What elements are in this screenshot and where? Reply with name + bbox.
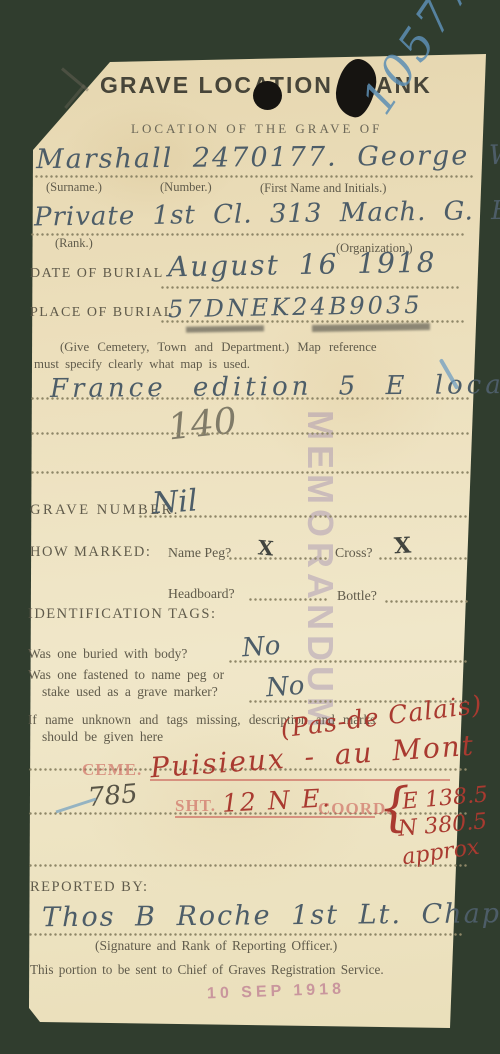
dotted-line (30, 432, 470, 435)
cross-label: Cross? (335, 545, 373, 561)
dotted-line (228, 557, 328, 560)
map-pencil-number: 140 (166, 401, 239, 449)
tags-answer-1: No (241, 631, 281, 664)
dotted-line (384, 600, 468, 603)
dotted-line (34, 175, 474, 178)
dotted-line (248, 598, 328, 601)
first-name-label: (First Name and Initials.) (260, 181, 386, 196)
tags-question-2-line1: Was one fastened to name peg or (28, 667, 224, 683)
cross-check: X (393, 533, 411, 560)
map-note-line2: must specify clearly what map is used. (34, 357, 250, 372)
tags-answer-2: No (265, 671, 305, 704)
sheet-value: 12 N E. (221, 783, 332, 818)
dotted-line (30, 471, 470, 474)
footer-note: This portion to be sent to Chief of Grav… (30, 962, 384, 978)
dotted-line (138, 515, 468, 518)
dotted-line (28, 864, 468, 867)
reported-by-label: REPORTED BY: (30, 879, 149, 896)
how-marked-label: HOW MARKED: (30, 544, 151, 561)
dotted-line (228, 660, 468, 663)
signature-value: Thos B Roche 1st Lt. Chaplain (42, 898, 500, 934)
dotted-line (28, 933, 463, 936)
pencil-number-785: 785 (87, 779, 139, 813)
place-of-burial-value: 57DNEK24B9035 (168, 291, 423, 323)
date-of-burial-label: DATE OF BURIAL (30, 266, 164, 282)
ceme-stamp: CEME. (82, 760, 142, 780)
bottle-label: Bottle? (337, 588, 377, 604)
tags-question-2-line2: stake used as a grave marker? (42, 684, 218, 700)
form-subtitle: LOCATION OF THE GRAVE OF (131, 121, 382, 137)
headboard-label: Headboard? (168, 586, 235, 602)
surname-label: (Surname.) (46, 180, 102, 195)
tags-question-1: Was one buried with body? (28, 646, 187, 662)
tags-question-3-line2: should be given here (42, 729, 163, 745)
scan-background: MEMORANDUM GRAVE LOCATION BLANK LOCATION… (0, 0, 500, 1054)
name-value: Marshall 2470177. George W. (36, 140, 500, 175)
date-of-burial-value: August 16 1918 (168, 246, 437, 284)
signature-label: (Signature and Rank of Reporting Officer… (95, 938, 337, 954)
dotted-line (30, 233, 465, 236)
dotted-line (160, 286, 460, 289)
dotted-line (378, 557, 468, 560)
number-label: (Number.) (160, 180, 212, 195)
dotted-line (30, 397, 470, 400)
place-of-burial-label: PLACE OF BURIAL (30, 305, 174, 321)
memorandum-stamp: MEMORANDUM (299, 410, 341, 732)
rank-label: (Rank.) (55, 236, 93, 251)
pencil-scribble (61, 67, 89, 91)
rank-value: Private 1st Cl. 313 Mach. G. Bn. (34, 195, 500, 232)
identification-tags-heading: IDENTIFICATION TAGS: (28, 606, 216, 623)
map-note-line1: (Give Cemetery, Town and Department.) Ma… (60, 340, 377, 355)
red-stamp-line (175, 816, 375, 818)
name-peg-label: Name Peg? (168, 545, 231, 561)
sht-stamp: SHT. (175, 796, 216, 816)
punch-hole (253, 81, 282, 110)
name-peg-check: X (257, 535, 275, 560)
